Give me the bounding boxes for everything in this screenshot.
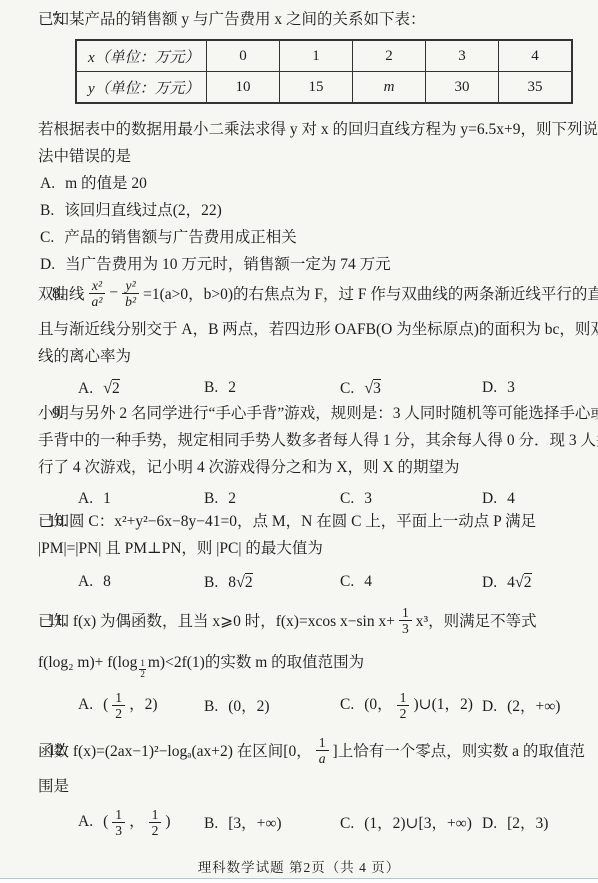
option-text: m 的值是 20 bbox=[65, 175, 147, 192]
log-base-half: 12 bbox=[139, 659, 146, 680]
question-11-stem: 11. 已知 f(x) 为偶函数，且当 x⩾0 时，f(x)=xcos x−si… bbox=[38, 597, 598, 643]
question-10-text: 已知圆 C：x²+y²−6x−8y−41=0，点 M，N 在圆 C 上，平面上一… bbox=[38, 513, 536, 530]
option-b: B.8√2 bbox=[204, 573, 340, 592]
option-d: D.4√2 bbox=[482, 573, 532, 592]
fraction: 12 bbox=[149, 807, 162, 838]
question-12-stem: 12. 函数 f(x)=(2ax−1)²−logₐ(ax+2) 在区间[0， 1… bbox=[38, 727, 598, 773]
question-11-inequality: f(log₂ m)+ f(log12m)<2f(1)的实数 m 的取值范围为 bbox=[38, 643, 598, 683]
option-b: B.该回归直线过点(2，22) bbox=[38, 197, 598, 224]
question-10: 10. 已知圆 C：x²+y²−6x−8y−41=0，点 M，N 在圆 C 上，… bbox=[0, 508, 598, 597]
question-8-stem: 8. 双曲线 x²a² − y²b² =1(a>0，b>0)的右焦点为 F，过 … bbox=[38, 270, 598, 316]
option-c: C.(0，12)∪(1，2) bbox=[340, 690, 482, 721]
table-cell: 2 bbox=[353, 40, 426, 72]
option-c: C.√3 bbox=[340, 379, 482, 398]
fraction-y2-b2: y²b² bbox=[122, 278, 139, 309]
page-footer: 理科数学试题 第2页（共 4 页） bbox=[0, 856, 598, 876]
question-10-text: |PM|=|PN| 且 PM⊥PN，则 |PC| 的最大值为 bbox=[38, 535, 598, 562]
option-d: D.4 bbox=[482, 490, 515, 508]
table-cell: 4 bbox=[499, 40, 573, 72]
table-cell: 0 bbox=[207, 40, 280, 72]
option-c: C.4 bbox=[340, 573, 482, 591]
option-d: D.[2，3) bbox=[482, 811, 548, 833]
question-11-options: A.(12，2) B.(0，2) C.(0，12)∪(1，2) D.(2，+∞) bbox=[38, 683, 598, 727]
question-7-text: 已知某产品的销售额 y 与广告费用 x 之间的关系如下表： bbox=[38, 11, 426, 28]
question-7: 7. 已知某产品的销售额 y 与广告费用 x 之间的关系如下表： x（单位：万元… bbox=[0, 6, 598, 278]
minus-sign: − bbox=[109, 284, 118, 302]
table-cell: 10 bbox=[207, 72, 280, 104]
option-c: C.(1，2)∪[3，+∞) bbox=[340, 811, 482, 833]
option-a: A.√2 bbox=[78, 379, 204, 398]
option-text: 该回归直线过点(2，22) bbox=[64, 202, 222, 219]
table-row-y: y（单位：万元） 10 15 m 30 35 bbox=[76, 72, 572, 104]
option-label: A. bbox=[40, 175, 55, 192]
question-12-text: 函数 f(x)=(2ax−1)²−logₐ(ax+2) 在区间[0， bbox=[38, 739, 312, 761]
question-8-number: 8. bbox=[52, 280, 64, 307]
table-row-x: x（单位：万元） 0 1 2 3 4 bbox=[76, 40, 572, 72]
question-9-text: 小明与另外 2 名同学进行“手心手背”游戏，规则是：3 人同时随机等可能选择手心… bbox=[38, 405, 598, 422]
question-9-number: 9. bbox=[52, 400, 64, 427]
option-a: A.(12，2) bbox=[78, 690, 204, 721]
option-label: C. bbox=[40, 229, 54, 246]
question-12-text: ]上恰有一个零点，则实数 a 的取值范 bbox=[333, 739, 585, 761]
table-cell: x（单位：万元） bbox=[76, 40, 207, 72]
option-label: B. bbox=[40, 202, 54, 219]
fraction-one-third: 13 bbox=[399, 605, 412, 636]
table-cell: y（单位：万元） bbox=[76, 72, 207, 104]
option-b: B.2 bbox=[204, 379, 340, 397]
question-7-text: 法中错误的是 bbox=[38, 143, 598, 170]
question-8-text: 线的离心率为 bbox=[38, 343, 598, 370]
option-a: A.(13，12) bbox=[78, 807, 204, 838]
table-cell: 15 bbox=[280, 72, 353, 104]
table-cell: 1 bbox=[280, 40, 353, 72]
fraction: 13 bbox=[112, 807, 125, 838]
question-10-number: 10. bbox=[48, 508, 67, 535]
table-cell: m bbox=[353, 72, 426, 104]
option-a: A.1 bbox=[78, 490, 204, 508]
table-cell: 35 bbox=[499, 72, 573, 104]
option-b: B.2 bbox=[204, 490, 340, 508]
option-d: D.3 bbox=[482, 379, 515, 397]
question-9-text: 行了 4 次游戏，记小明 4 次游戏得分之和为 X，则 X 的期望为 bbox=[38, 454, 598, 481]
question-12-options: A.(13，12) B.[3，+∞) C.(1，2)∪[3，+∞) D.[2，3… bbox=[38, 800, 598, 844]
question-11-number: 11. bbox=[48, 607, 67, 634]
question-8-text: 且与渐近线分别交于 A，B 两点，若四边形 OAFB(O 为坐标原点)的面积为 … bbox=[38, 316, 598, 343]
fraction: 12 bbox=[112, 690, 125, 721]
question-7-text: 若根据表中的数据用最小二乘法求得 y 对 x 的回归直线方程为 y=6.5x+9… bbox=[38, 116, 598, 143]
question-9-stem: 9. 小明与另外 2 名同学进行“手心手背”游戏，规则是：3 人同时随机等可能选… bbox=[38, 400, 598, 427]
scan-bottom-edge bbox=[0, 878, 598, 883]
question-7-stem: 7. 已知某产品的销售额 y 与广告费用 x 之间的关系如下表： bbox=[38, 6, 598, 33]
question-10-options: A.8 B.8√2 C.4 D.4√2 bbox=[38, 567, 598, 597]
question-12-number: 12. bbox=[48, 737, 67, 764]
option-c: C.产品的销售额与广告费用成正相关 bbox=[38, 224, 598, 251]
option-a: A.m 的值是 20 bbox=[38, 170, 598, 197]
question-8-text: =1(a>0，b>0)的右焦点为 F，过 F 作与双曲线的两条渐近线平行的直线 bbox=[143, 282, 598, 304]
option-d: D.(2，+∞) bbox=[482, 694, 560, 716]
question-10-stem: 10. 已知圆 C：x²+y²−6x−8y−41=0，点 M，N 在圆 C 上，… bbox=[38, 508, 598, 535]
q7-data-table: x（单位：万元） 0 1 2 3 4 y（单位：万元） 10 15 m 30 3… bbox=[75, 39, 573, 104]
question-8: 8. 双曲线 x²a² − y²b² =1(a>0，b>0)的右焦点为 F，过 … bbox=[0, 270, 598, 403]
question-9: 9. 小明与另外 2 名同学进行“手心手背”游戏，规则是：3 人同时随机等可能选… bbox=[0, 400, 598, 514]
question-12: 12. 函数 f(x)=(2ax−1)²−logₐ(ax+2) 在区间[0， 1… bbox=[0, 727, 598, 844]
question-8-options: A.√2 B.2 C.√3 D.3 bbox=[38, 373, 598, 403]
question-11-text: 已知 f(x) 为偶函数，且当 x⩾0 时，f(x)=xcos x−sin x+ bbox=[38, 609, 395, 631]
option-b: B.[3，+∞) bbox=[204, 811, 340, 833]
question-11: 11. 已知 f(x) 为偶函数，且当 x⩾0 时，f(x)=xcos x−si… bbox=[0, 597, 598, 727]
fraction: 12 bbox=[397, 690, 410, 721]
question-9-text: 手背中的一种手势，规定相同手势人数多者每人得 1 分，其余每人得 0 分．现 3… bbox=[38, 427, 598, 454]
fraction-x2-a2: x²a² bbox=[89, 278, 106, 309]
option-c: C.3 bbox=[340, 490, 482, 508]
table-cell: 30 bbox=[426, 72, 499, 104]
question-11-text: x³，则满足不等式 bbox=[416, 609, 537, 631]
question-7-number: 7. bbox=[52, 6, 64, 33]
question-12-text: 围是 bbox=[38, 773, 598, 800]
option-a: A.8 bbox=[78, 573, 204, 591]
option-text: 产品的销售额与广告费用成正相关 bbox=[64, 229, 297, 246]
exam-page: 7. 已知某产品的销售额 y 与广告费用 x 之间的关系如下表： x（单位：万元… bbox=[0, 0, 598, 883]
fraction-one-over-a: 1a bbox=[316, 735, 329, 766]
option-b: B.(0，2) bbox=[204, 694, 340, 716]
table-cell: 3 bbox=[426, 40, 499, 72]
